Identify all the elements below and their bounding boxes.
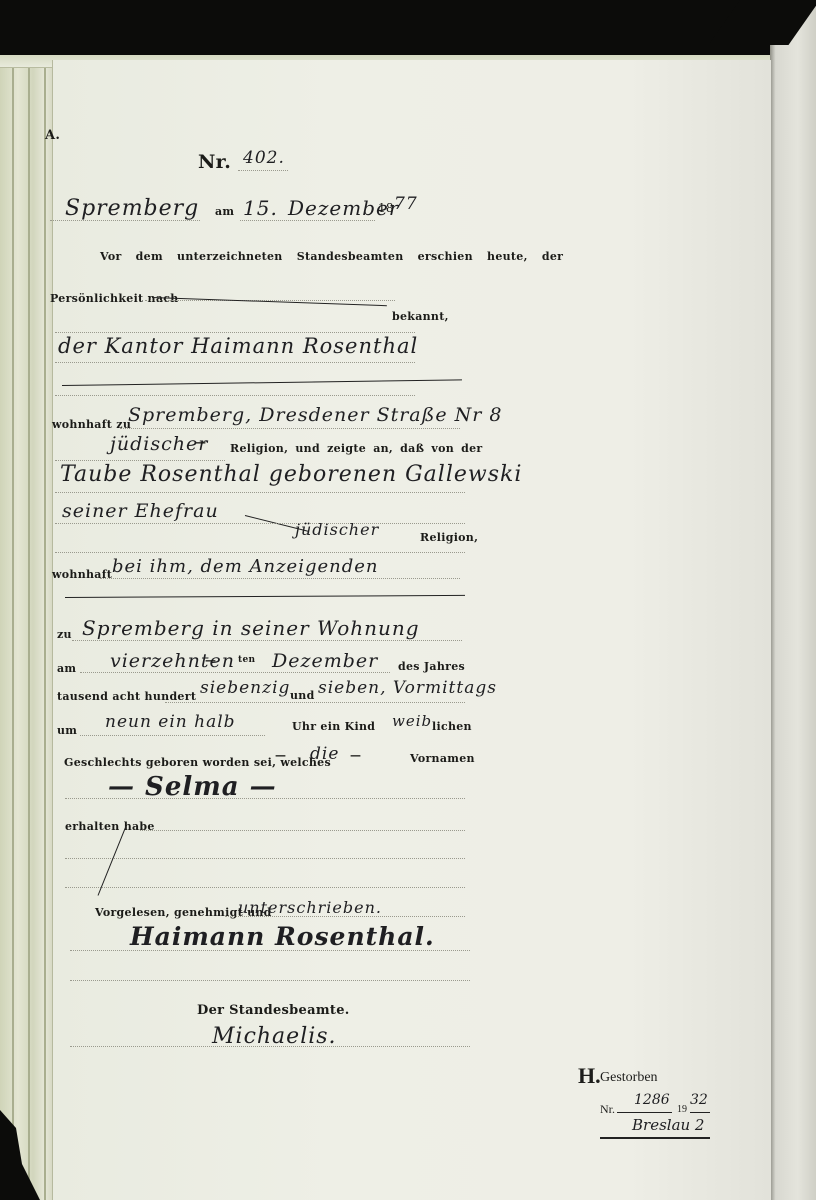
informant-residence: Spremberg, Dresdener Straße Nr 8 xyxy=(128,404,502,426)
mother-religion-label: Religion, xyxy=(420,531,478,544)
mother-relation: seiner Ehefrau xyxy=(62,500,219,522)
annotation-year-prefix: 19 xyxy=(677,1104,687,1115)
birth-year-label: des Jahres xyxy=(398,660,465,673)
intro-text: Vor dem unterzeichneten Standesbeamten e… xyxy=(100,250,563,263)
received-label: erhalten habe xyxy=(65,820,155,833)
mother-residence-label: wohnhaft xyxy=(52,568,112,581)
registration-year-printed: 18 xyxy=(378,201,394,215)
death-record-number: 1286 xyxy=(634,1092,670,1108)
page-edge xyxy=(12,58,14,1200)
birth-month: Dezember xyxy=(272,650,378,672)
birth-day-suffix: ten xyxy=(238,655,255,665)
approval-value: unterschrieben. xyxy=(238,898,382,917)
mother-religion: jüdischer xyxy=(295,520,379,539)
facing-page xyxy=(770,0,816,1200)
page-stack-edges xyxy=(0,58,60,1200)
residence-label: wohnhaft zu xyxy=(52,418,131,431)
date-prefix: am xyxy=(215,205,234,218)
record-number: 402. xyxy=(243,148,285,168)
mother-name: Taube Rosenthal geborenen Gallewski xyxy=(60,462,522,487)
informant-signature: Haimann Rosenthal. xyxy=(130,922,435,951)
informant-name: der Kantor Haimann Rosenthal xyxy=(58,334,418,358)
section-letter: A. xyxy=(45,128,60,143)
birthplace: Spremberg in seiner Wohnung xyxy=(82,616,420,640)
given-names-article: die xyxy=(310,744,339,764)
given-names-dash-1: — xyxy=(275,749,286,762)
record-number-label: Nr. xyxy=(198,151,231,173)
given-names-dash-2: — xyxy=(350,749,361,762)
registration-day: 15. xyxy=(243,196,278,220)
gender-suffix: lichen xyxy=(432,720,472,733)
religion-text: Religion, und zeigte an, daß von der xyxy=(230,442,483,455)
death-year: 32 xyxy=(690,1092,708,1108)
birth-year-ones: sieben, Vormittags xyxy=(318,678,497,698)
gender: weib xyxy=(392,712,432,730)
birth-time: neun ein halb xyxy=(105,712,236,732)
given-names-label: Vornamen xyxy=(410,752,475,765)
birthplace-prefix: zu xyxy=(57,628,72,641)
birth-day-dash: — xyxy=(205,654,216,667)
identity-suffix: bekannt, xyxy=(392,310,449,323)
registrar-label: Der Standesbeamte. xyxy=(197,1003,350,1018)
informant-religion: jüdischer xyxy=(110,433,208,455)
clock-label: Uhr ein Kind xyxy=(292,720,375,733)
religion-dash: — xyxy=(195,436,206,449)
page-edge xyxy=(44,58,46,1200)
birth-year-tens: siebenzig xyxy=(200,678,290,698)
death-place: Breslau 2 xyxy=(632,1116,704,1134)
gender-line-label: Geschlechts geboren worden sei, welches xyxy=(64,756,331,769)
time-prefix: um xyxy=(57,724,77,737)
registration-place: Spremberg xyxy=(65,196,199,221)
annotation-letter: H. xyxy=(578,1063,601,1089)
mother-residence: bei ihm, dem Anzeigenden xyxy=(112,556,379,577)
annotation-label: Gestorben xyxy=(600,1070,658,1086)
annotation-nr-label: Nr. xyxy=(600,1102,615,1117)
birth-day-prefix: am xyxy=(57,662,76,675)
registration-year-hand: 77 xyxy=(394,194,418,214)
and-label: und xyxy=(290,689,315,702)
identity-label: Persönlichkeit nach xyxy=(50,292,179,305)
page-edge xyxy=(28,58,30,1200)
